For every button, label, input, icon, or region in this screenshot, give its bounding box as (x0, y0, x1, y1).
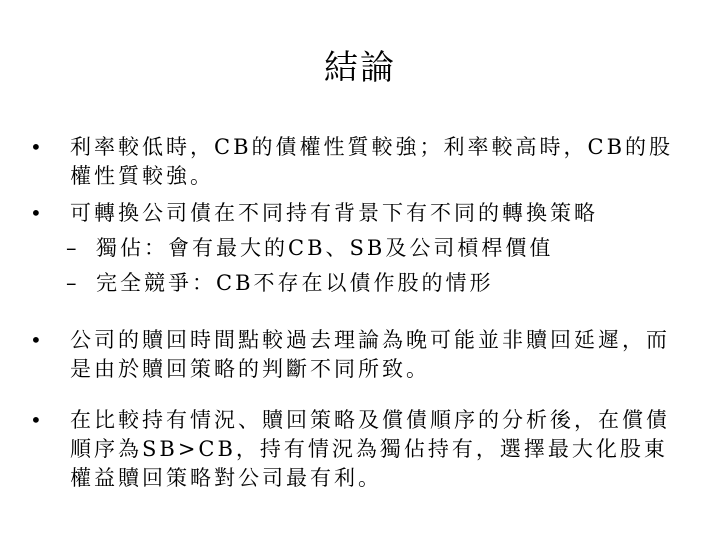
sub-bullet-text: 獨佔：會有最大的CB、SB及公司槓桿價值 (96, 236, 553, 260)
bullet-marker-icon: • (30, 326, 70, 355)
bullet-text: 可轉換公司債在不同持有背景下有不同的轉換策略 (70, 201, 598, 225)
sub-bullet-item: – 獨佔：會有最大的CB、SB及公司槓桿價值 (30, 234, 690, 263)
bullet-marker-icon: • (30, 406, 70, 435)
bullet-marker-icon: • (30, 133, 70, 162)
sub-bullet-text: 完全競爭：CB不存在以債作股的情形 (96, 271, 494, 295)
dash-marker-icon: – (66, 269, 96, 298)
dash-marker-icon: – (66, 234, 96, 263)
slide-body: • 利率較低時，CB的債權性質較強；利率較高時，CB的股權性質較強。 • 可轉換… (30, 133, 690, 493)
bullet-text: 公司的贖回時間點較過去理論為晚可能並非贖回延遲，而是由於贖回策略的判斷不同所致。 (70, 328, 670, 381)
slide-title: 結論 (0, 48, 720, 88)
bullet-item: • 可轉換公司債在不同持有背景下有不同的轉換策略 (30, 199, 690, 228)
bullet-item: • 公司的贖回時間點較過去理論為晚可能並非贖回延遲，而是由於贖回策略的判斷不同所… (30, 326, 690, 384)
sub-bullet-item: – 完全競爭：CB不存在以債作股的情形 (30, 269, 690, 298)
bullet-marker-icon: • (30, 199, 70, 228)
bullet-item: • 利率較低時，CB的債權性質較強；利率較高時，CB的股權性質較強。 (30, 133, 690, 191)
bullet-text: 利率較低時，CB的債權性質較強；利率較高時，CB的股權性質較強。 (70, 135, 673, 188)
bullet-item: • 在比較持有情況、贖回策略及償債順序的分析後，在償債順序為SB>CB，持有情況… (30, 406, 690, 493)
bullet-text: 在比較持有情況、贖回策略及償債順序的分析後，在償債順序為SB>CB，持有情況為獨… (70, 408, 670, 490)
